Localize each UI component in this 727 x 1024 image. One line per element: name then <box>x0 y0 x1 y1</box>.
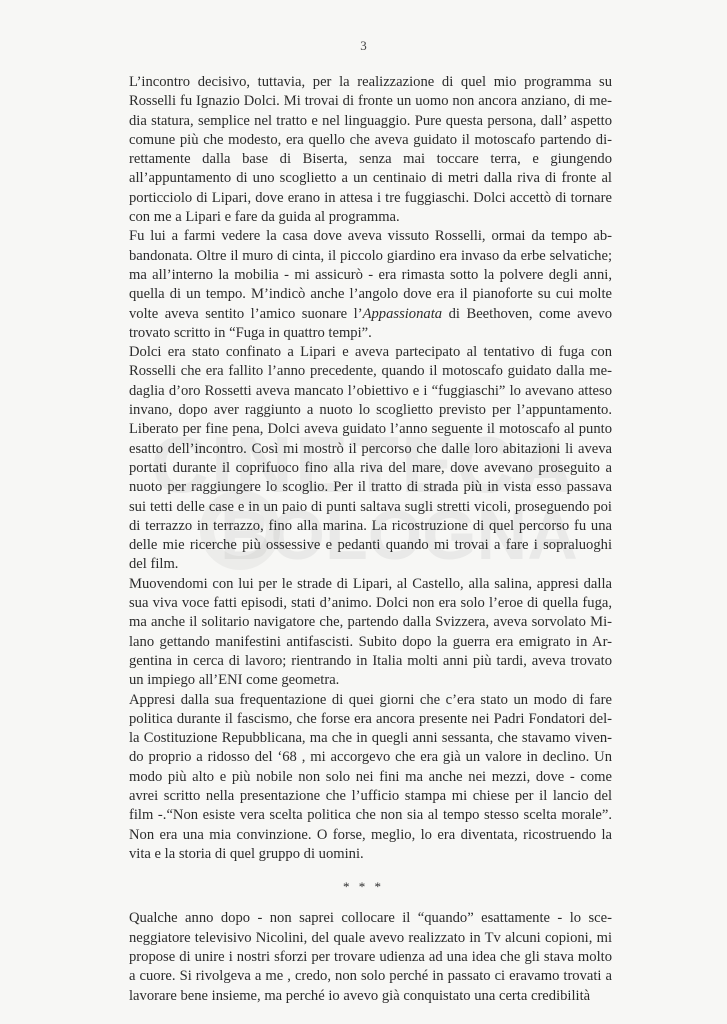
text-line: quella di un tempo. M’indicò anche l’ang… <box>115 285 612 304</box>
paragraph: Muovendomi con lui per le strade di Lipa… <box>115 575 612 691</box>
text-line: gentina in cerca di lavoro; rientrando i… <box>115 652 612 671</box>
text-line: lano gettando manifestini antifascisti. … <box>115 633 612 652</box>
text-line: la Costituzione Repubblicana, ma che in … <box>115 729 612 748</box>
text-line: L’incontro decisivo, tuttavia, per la re… <box>115 73 612 92</box>
text-line: di terrazzo in terrazzo, fino alla marin… <box>115 517 612 536</box>
text-line: nuoto per raggiungere lo scoglio. Per il… <box>115 478 612 497</box>
text-line: propose di unire i nostri sforzi per tro… <box>115 948 612 967</box>
text-line: comune più che modesto, era quello che a… <box>115 131 612 150</box>
paragraph: Appresi dalla sua frequentazione di quei… <box>115 691 612 865</box>
text-line: rettamente dalla base di Biserta, senza … <box>115 150 612 169</box>
page-number: 3 <box>0 38 727 54</box>
paragraph: Qualche anno dopo - non saprei collocare… <box>115 909 612 1005</box>
text-line: ma all’interno la mobilia - mi assicurò … <box>115 266 612 285</box>
text-line: daglia d’oro Rossetti aveva mancato l’ob… <box>115 382 612 401</box>
text-line: Liberato per fine pena, Dolci aveva guid… <box>115 420 612 439</box>
text-line: portati durante il coprifuoco fino alla … <box>115 459 612 478</box>
text-line: lavorare bene insieme, ma perché io avev… <box>115 987 612 1006</box>
text-line: Appresi dalla sua frequentazione di quei… <box>115 691 612 710</box>
section-separator: * * * <box>115 877 612 896</box>
text-line: Muovendomi con lui per le strade di Lipa… <box>115 575 612 594</box>
text-line: Fu lui a farmi vedere la casa dove aveva… <box>115 227 612 246</box>
text-line: trovato scritto in “Fuga in quattro temp… <box>115 324 612 343</box>
text-line: neggiatore televisivo Nicolini, del qual… <box>115 929 612 948</box>
text-line: sua viva voce fatti episodi, stati d’ani… <box>115 594 612 613</box>
text-line: un impiego all’ENI come geometra. <box>115 671 612 690</box>
text-line: invano, dopo aver raggiunto a nuoto lo s… <box>115 401 612 420</box>
paragraph: L’incontro decisivo, tuttavia, per la re… <box>115 73 612 227</box>
text-line: bandonata. Oltre il muro di cinta, il pi… <box>115 247 612 266</box>
text-line: porticciolo di Lipari, dove erano in att… <box>115 189 612 208</box>
text-line: vita e la storia di quel gruppo di uomin… <box>115 845 612 864</box>
text-line: sui tetti delle case e in un paio di pun… <box>115 498 612 517</box>
text-line: modo più alto e più nobile non solo nei … <box>115 768 612 787</box>
document-body: L’incontro decisivo, tuttavia, per la re… <box>115 73 612 1006</box>
text-line: con me a Lipari e fare da guida al progr… <box>115 208 612 227</box>
text-line: dia statura, semplice nel tratto e nel l… <box>115 112 612 131</box>
text-line: Non era una mia convinzione. O forse, me… <box>115 826 612 845</box>
text-line: Rosselli fu Ignazio Dolci. Mi trovai di … <box>115 92 612 111</box>
text-line: Qualche anno dopo - non saprei collocare… <box>115 909 612 928</box>
text-line: delle mie ricerche più ossessive e pedan… <box>115 536 612 555</box>
text-line: a cuore. Si rivolgeva a me , credo, non … <box>115 967 612 986</box>
text-line: Rosselli che era fallito l’anno preceden… <box>115 362 612 381</box>
text-line: Dolci era stato confinato a Lipari e ave… <box>115 343 612 362</box>
paragraph: Dolci era stato confinato a Lipari e ave… <box>115 343 612 575</box>
text-line: del film. <box>115 555 612 574</box>
text-line: esatto dell’incontro. Così mi mostrò il … <box>115 440 612 459</box>
text-line: film -.“Non esiste vera scelta politica … <box>115 806 612 825</box>
text-line: ma anche il solitario navigatore che, pa… <box>115 613 612 632</box>
text-line: politica durante il fascismo, che forse … <box>115 710 612 729</box>
paragraph: Fu lui a farmi vedere la casa dove aveva… <box>115 227 612 343</box>
text-line: volte aveva sentito l’amico suonare l’Ap… <box>115 305 612 324</box>
text-line: all’appuntamento di uno scoglietto a un … <box>115 169 612 188</box>
text-line: do proprio a ridosso del ‘68 , mi accorg… <box>115 748 612 767</box>
text-line: avrei scritto nella presentazione che l’… <box>115 787 612 806</box>
